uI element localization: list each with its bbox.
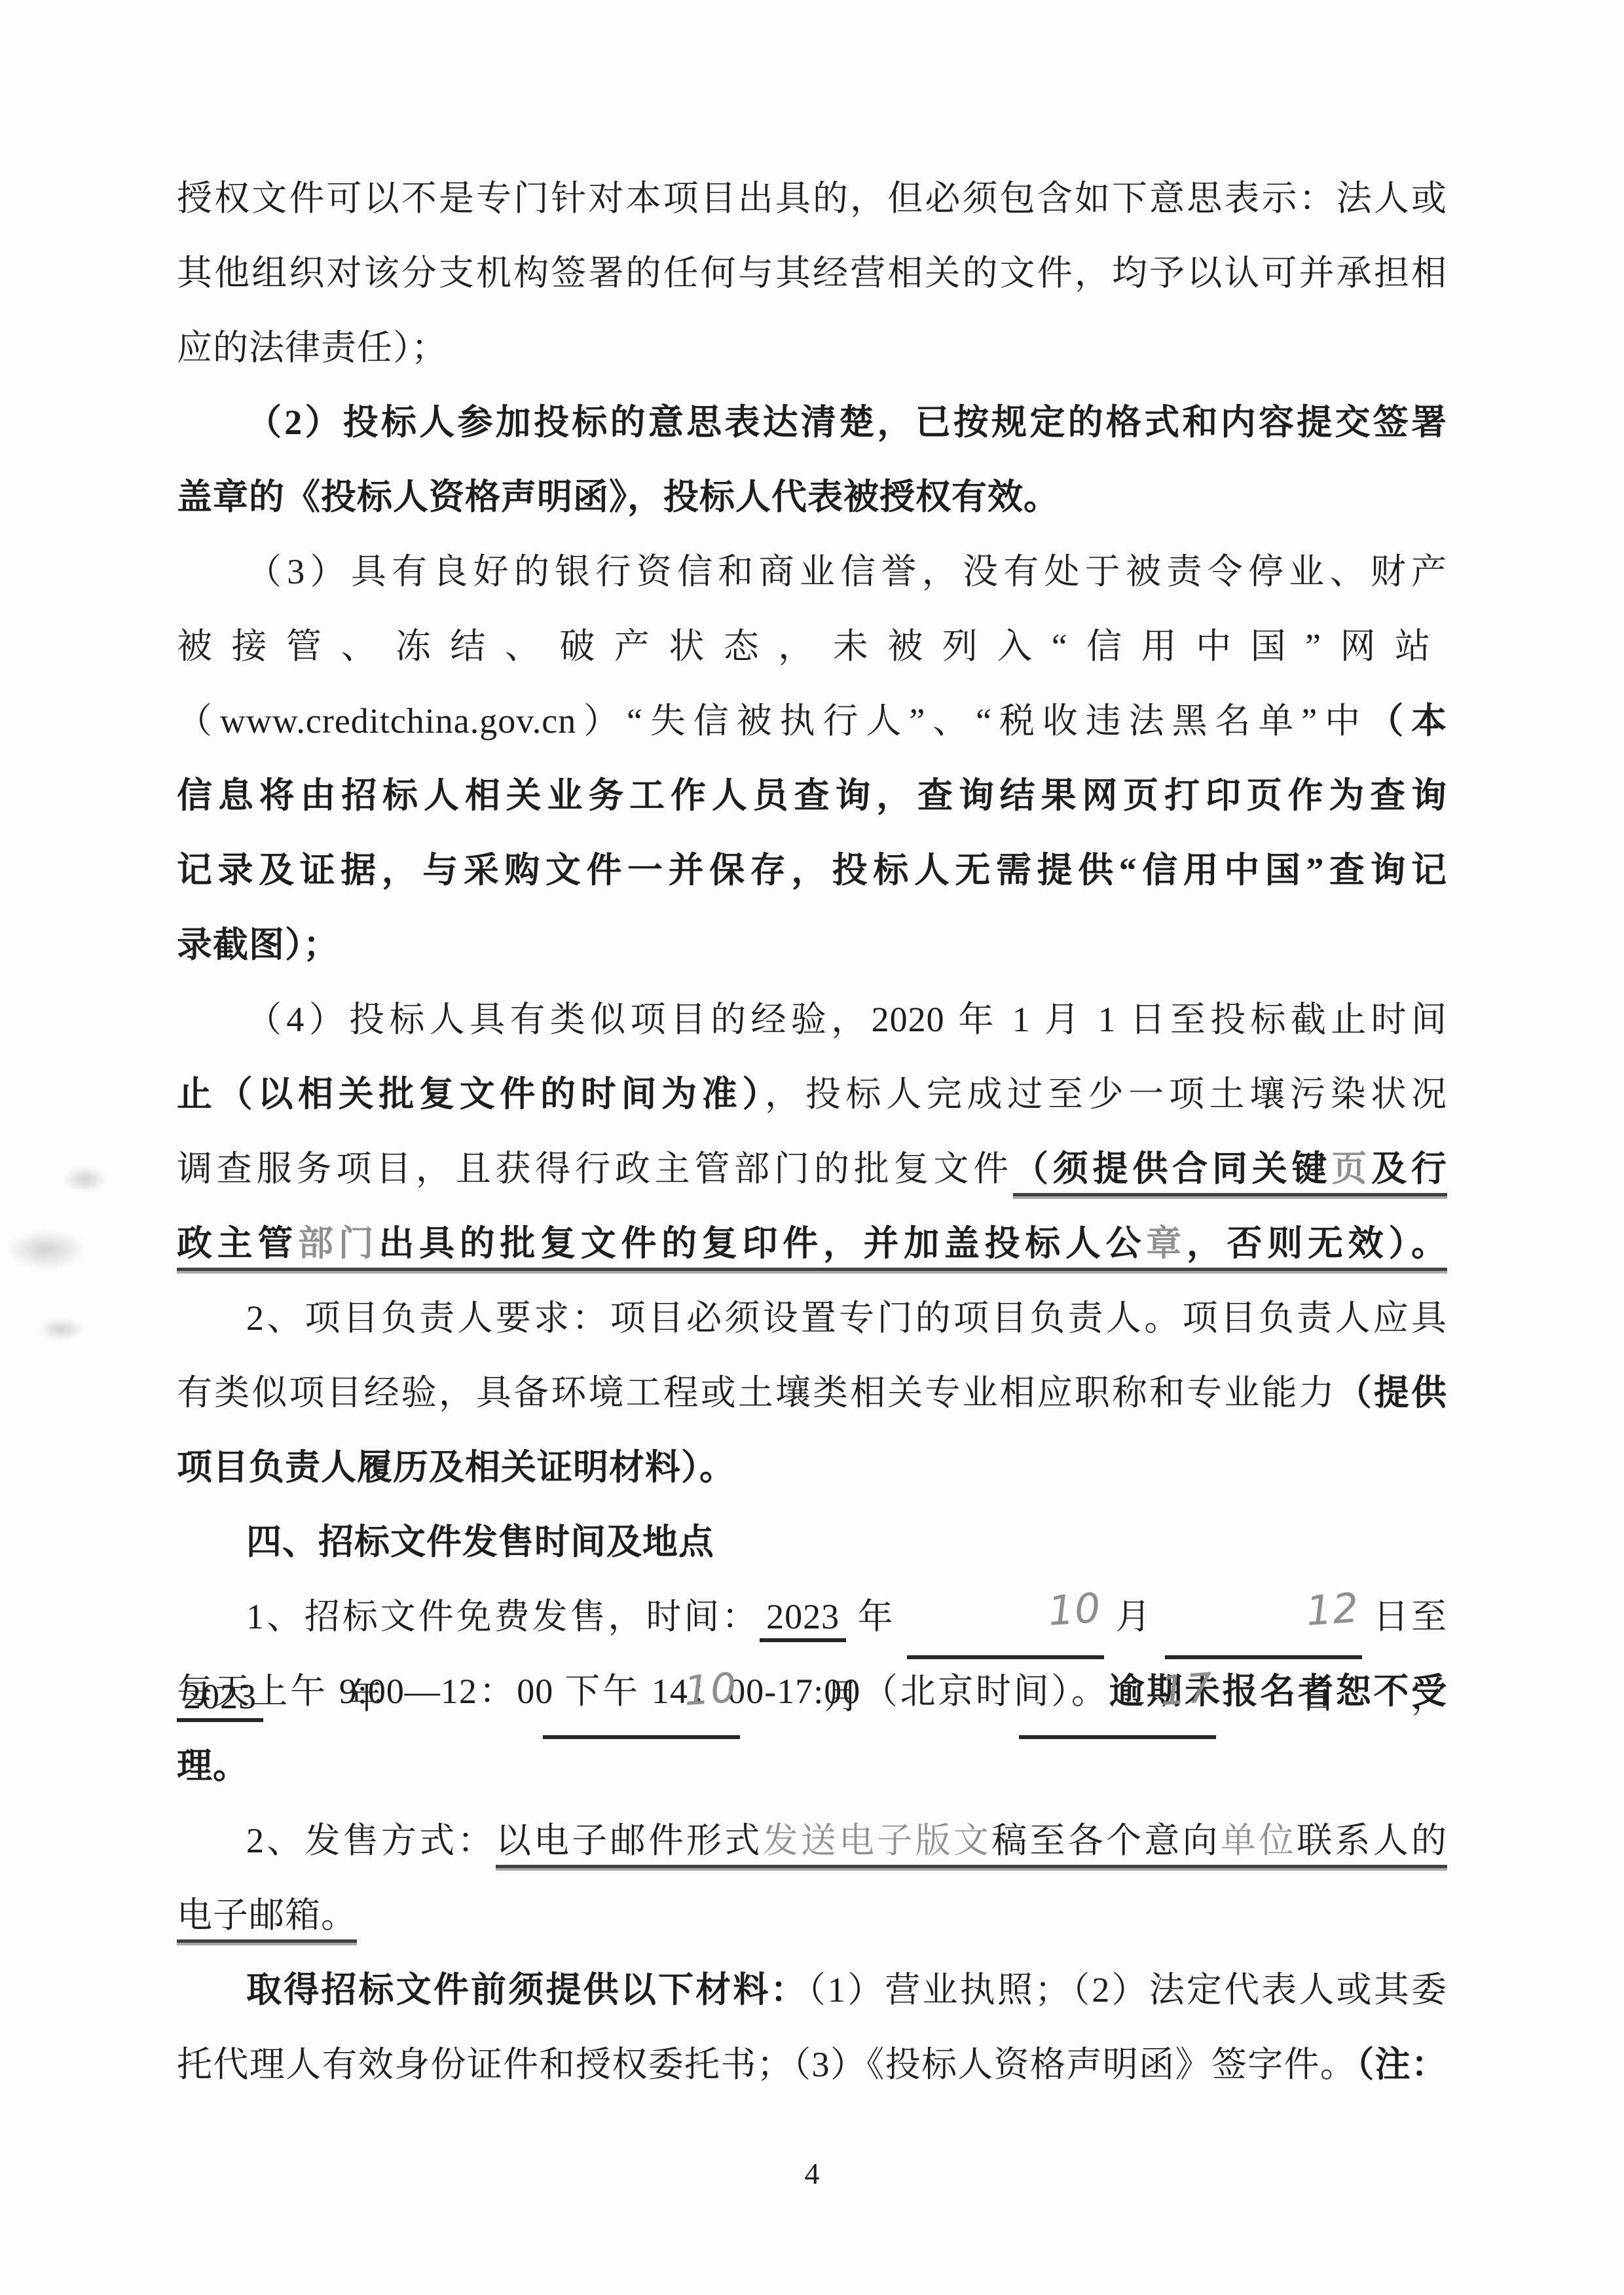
text-line: （2）投标人参加投标的意思表达清楚，已按规定的格式和内容提交签署: [177, 385, 1447, 460]
text-segment: （本: [1368, 701, 1447, 741]
text-segment: （注：: [1356, 2045, 1447, 2084]
text-line: 项目负责人履历及相关证明材料）。: [177, 1430, 1447, 1505]
text-line: 托代理人有效身份证件和授权委托书；（3）《投标人资格声明函》签字件。（注：: [177, 2027, 1447, 2102]
text-segment: 2023: [760, 1597, 846, 1642]
text-segment: 部门: [298, 1224, 378, 1263]
text-segment: 有类似项目经验，具备环境工程或土壤类相关专业相应职称和专业能力: [177, 1373, 1337, 1412]
fill-in-blank: 10: [907, 1579, 1104, 1659]
text-segment: 发送电子版文: [763, 1821, 992, 1860]
text-segment: 调查服务项目，且获得行政主管部门的批复文件: [177, 1149, 1013, 1188]
text-segment: 项目负责人履历及相关证明材料）。: [177, 1448, 735, 1487]
text-segment: 章: [1146, 1224, 1187, 1263]
handwritten-date-value: 12: [1236, 1588, 1361, 1637]
scan-smudge: [62, 1166, 108, 1193]
underlined-run: 政主管部门出具的批复文件的复印件，并加盖投标人公章，否则无效）。: [177, 1224, 1447, 1271]
text-line: 政主管部门出具的批复文件的复印件，并加盖投标人公章，否则无效）。: [177, 1206, 1447, 1281]
text-line: 授权文件可以不是专门针对本项目出具的，但必须包含如下意思表示：法人或: [177, 161, 1447, 236]
text-segment: 2、发售方式：: [246, 1821, 496, 1860]
text-segment: 托代理人有效身份证件和授权委托书；（3）《投标人资格声明函》签字件。: [177, 2045, 1356, 2084]
document-page: 授权文件可以不是专门针对本项目出具的，但必须包含如下意思表示：法人或其他组织对该…: [0, 0, 1624, 2295]
text-segment: 四、招标文件发售时间及地点: [246, 1522, 714, 1562]
text-segment: 1、招标文件免费发售，时间：: [246, 1597, 760, 1636]
handwritten-date-value: 10: [978, 1588, 1103, 1637]
text-line: （3）具有良好的银行资信和商业信誉，没有处于被责令停业、财产: [177, 534, 1447, 609]
text-segment: 单位: [1221, 1821, 1297, 1860]
text-line: 调查服务项目，且获得行政主管部门的批复文件（须提供合同关键页及行: [177, 1131, 1447, 1206]
text-line: 有类似项目经验，具备环境工程或土壤类相关专业相应职称和专业能力（提供: [177, 1355, 1447, 1430]
text-segment: 盖章的《投标人资格声明函》，投标人代表被授权有效。: [177, 477, 1060, 517]
text-line: 盖章的《投标人资格声明函》，投标人代表被授权有效。: [177, 460, 1447, 534]
underlined-run: 电子邮箱。: [177, 1896, 357, 1943]
text-segment: 月: [1104, 1597, 1165, 1636]
fill-in-blank: 12: [1165, 1579, 1362, 1659]
text-line: 电子邮箱。: [177, 1878, 1447, 1953]
text-segment: ，否则无效）。: [1187, 1224, 1447, 1263]
text-segment: 理。: [177, 1746, 249, 1786]
text-segment: 授权文件可以不是专门针对本项目出具的，但必须包含如下意思表示：法人或: [177, 179, 1447, 218]
text-segment: 止（以相关批复文件的时间为准）: [177, 1074, 765, 1114]
text-segment: 2、项目负责人要求：项目必须设置专门的项目负责人。项目负责人应具: [246, 1298, 1447, 1338]
text-segment: 信息将由招标人相关业务工作人员查询，查询结果网页打印页作为查询: [177, 776, 1447, 815]
text-segment: （www.creditchina.gov.cn）“失信被执行人”、“税收违法黑名…: [177, 701, 1368, 741]
text-line: 四、招标文件发售时间及地点: [177, 1505, 1447, 1579]
underlined-run: （须提供合同关键页及行: [1013, 1149, 1447, 1196]
text-segment: 录截图）；: [177, 925, 339, 964]
text-line: 1、招标文件免费发售，时间：2023 年 10 月 12 日至 2023 年 1…: [177, 1579, 1447, 1654]
underlined-run: 以电子邮件形式发送电子版文稿至各个意向单位联系人的: [496, 1821, 1447, 1868]
text-segment: 联系人的: [1297, 1821, 1447, 1860]
text-segment: ，投标人完成过至少一项土壤污染状况: [765, 1074, 1447, 1114]
handwritten-date-value: 17: [1090, 1668, 1215, 1717]
text-segment: 页: [1331, 1149, 1371, 1188]
text-segment: 以电子邮件形式: [496, 1821, 763, 1860]
text-segment: 被接管、冻结、破产状态，未被列入“信用中国”网站: [177, 627, 1447, 666]
text-line: 止（以相关批复文件的时间为准），投标人完成过至少一项土壤污染状况: [177, 1057, 1447, 1131]
text-segment: （提供: [1337, 1373, 1447, 1412]
text-segment: 取得招标文件前须提供以下材料：: [246, 1970, 808, 2010]
text-segment: 及行: [1371, 1149, 1447, 1188]
text-segment: （3）具有良好的银行资信和商业信誉，没有处于被责令停业、财产: [246, 552, 1447, 591]
handwritten-date-value: 10: [613, 1668, 738, 1717]
text-line: 应的法律责任）；: [177, 310, 1447, 385]
text-segment: 年: [846, 1597, 907, 1636]
text-line: 取得招标文件前须提供以下材料：（1）营业执照；（2）法定代表人或其委: [177, 1953, 1447, 2027]
text-line: （4）投标人具有类似项目的经验，2020 年 1 月 1 日至投标截止时间: [177, 982, 1447, 1057]
text-line: 被接管、冻结、破产状态，未被列入“信用中国”网站: [177, 609, 1447, 684]
scan-smudge: [5, 1230, 87, 1270]
text-segment: 出具的批复文件的复印件，并加盖投标人公: [378, 1224, 1146, 1263]
text-line: 2、发售方式：以电子邮件形式发送电子版文稿至各个意向单位联系人的: [177, 1803, 1447, 1878]
text-segment: 记录及证据，与采购文件一并保存，投标人无需提供“信用中国”查询记: [177, 851, 1447, 890]
text-segment: 电子邮箱。: [177, 1896, 357, 1935]
text-segment: 日至: [1362, 1597, 1447, 1636]
text-line: （www.creditchina.gov.cn）“失信被执行人”、“税收违法黑名…: [177, 684, 1447, 758]
text-segment: 其他组织对该分支机构签署的任何与其经营相关的文件，均予以认可并承担相: [177, 253, 1447, 293]
text-line: 理。: [177, 1729, 1447, 1803]
text-segment: （4）投标人具有类似项目的经验，2020 年 1 月 1 日至投标截止时间: [246, 1000, 1447, 1039]
document-body: 授权文件可以不是专门针对本项目出具的，但必须包含如下意思表示：法人或其他组织对该…: [177, 161, 1447, 2102]
text-line: 录截图）；: [177, 908, 1447, 982]
page-number: 4: [0, 2156, 1624, 2191]
text-segment: （1）营业执照；（2）法定代表人或其委: [808, 1970, 1447, 2010]
text-line: 信息将由招标人相关业务工作人员查询，查询结果网页打印页作为查询: [177, 758, 1447, 833]
text-segment: 应的法律责任）；: [177, 328, 447, 367]
text-segment: （须提供合同关键: [1013, 1149, 1331, 1188]
scan-smudge: [38, 1317, 85, 1341]
text-segment: 政主管: [177, 1224, 298, 1263]
text-line: 2、项目负责人要求：项目必须设置专门的项目负责人。项目负责人应具: [177, 1281, 1447, 1355]
text-line: 每天上午 9:00—12：00 下午 14：00-17:00（北京时间）。逾期未…: [177, 1654, 1447, 1729]
text-line: 其他组织对该分支机构签署的任何与其经营相关的文件，均予以认可并承担相: [177, 236, 1447, 310]
text-segment: 稿至各个意向: [991, 1821, 1221, 1860]
text-line: 记录及证据，与采购文件一并保存，投标人无需提供“信用中国”查询记: [177, 833, 1447, 908]
text-segment: （2）投标人参加投标的意思表达清楚，已按规定的格式和内容提交签署: [246, 403, 1447, 442]
